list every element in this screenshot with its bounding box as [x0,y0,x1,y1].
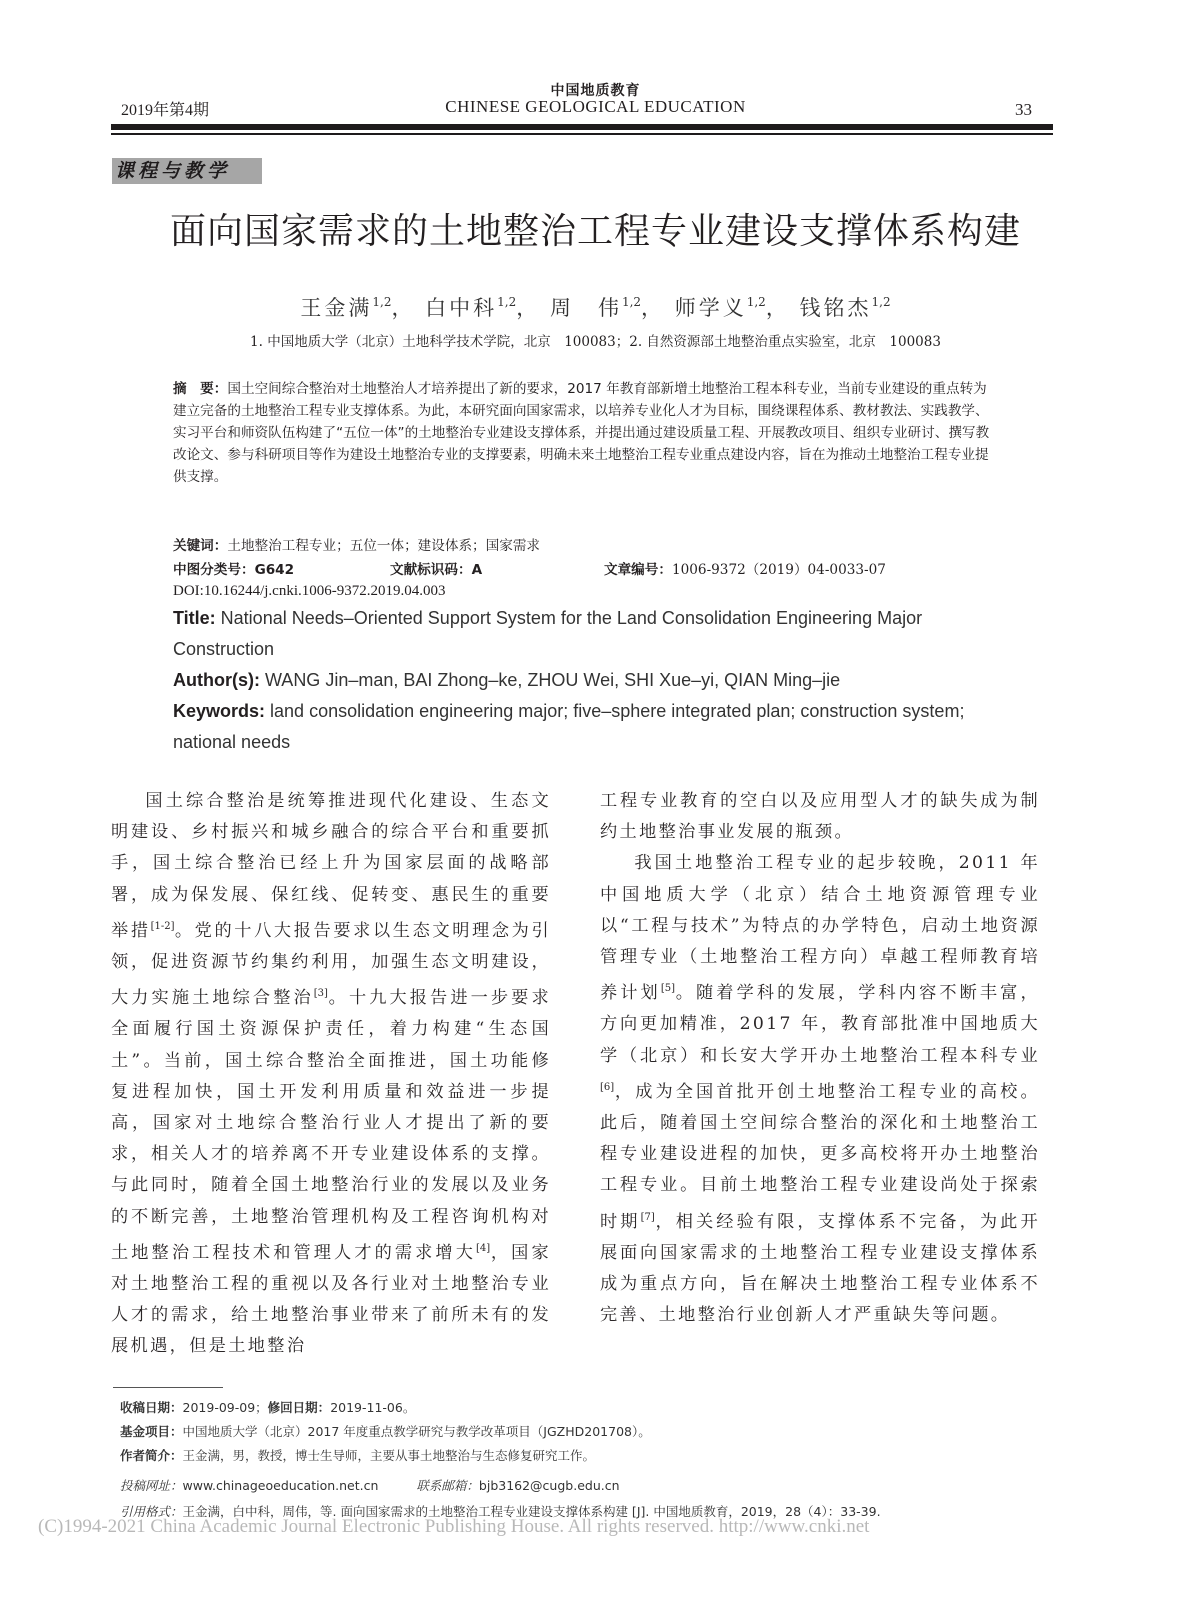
bio-label: 作者简介： [120,1448,183,1463]
email-link[interactable]: bjb3162@cugb.edu.cn [479,1478,620,1493]
citation-ref[interactable]: [7] [641,1212,655,1223]
affiliations: 1. 中国地质大学（北京）土地科学技术学院，北京 100083；2. 自然资源部… [0,330,1191,350]
author-affiliation: 1,2 [747,295,766,309]
received-label: 收稿日期： [120,1400,183,1415]
english-keywords-label: Keywords: [173,701,265,721]
body-column-left: 国土综合整治是统筹推进现代化建设、生态文明建设、乡村振兴和城乡融合的综合平台和重… [111,786,551,1363]
doi[interactable]: DOI:10.16244/j.cnki.1006-9372.2019.04.00… [173,583,445,600]
body-text: 我国土地整治工程专业的起步较晚，2011 年中国地质大学（北京）结合土地资源管理… [600,853,1040,1003]
english-authors-text: WANG Jin–man, BAI Zhong–ke, ZHOU Wei, SH… [260,670,840,690]
keywords-cn-text: 土地整治工程专业；五位一体；建设体系；国家需求 [227,538,540,554]
article-title: 面向国家需求的土地整治工程专业建设支撑体系构建 [0,203,1191,254]
body-text: 。十九大报告进一步要求全面履行国土资源保护责任，着力构建“生态国土”。当前，国土… [111,988,551,1263]
doc-code-label: 文献标识码： [390,562,472,578]
classification-line: 中图分类号：G642 [173,558,294,578]
english-keywords-text: land consolidation engineering major; fi… [173,701,964,752]
author-name: 师学义 [675,296,747,320]
english-title-text: National Needs–Oriented Support System f… [173,608,922,659]
author-affiliation: 1,2 [622,295,641,309]
doc-code-line: 文献标识码：A [390,558,482,578]
clc-value: G642 [255,562,295,578]
bio-text: 王金满，男，教授，博士生导师，主要从事土地整治与生态修复研究工作。 [183,1448,596,1463]
journal-name-en: CHINESE GEOLOGICAL EDUCATION [0,97,1191,117]
keywords-cn: 关键词：土地整治工程专业；五位一体；建设体系；国家需求 [173,534,540,554]
citation-ref[interactable]: [4] [476,1243,490,1254]
author-affiliation: 1,2 [497,295,516,309]
article-number-value: 1006-9372（2019）04-0033-07 [672,562,886,578]
body-text: 国土综合整治是统筹推进现代化建设、生态文明建设、乡村振兴和城乡融合的综合平台和重… [111,791,551,941]
author-name: 王金满 [300,296,372,320]
abstract: 摘 要：国土空间综合整治对土地整治人才培养提出了新的要求，2017 年教育部新增… [173,378,993,488]
abstract-text: 国土空间综合整治对土地整治人才培养提出了新的要求，2017 年教育部新增土地整治… [173,381,989,485]
citation-ref[interactable]: [6] [600,1082,614,1093]
footnote-bio: 作者简介：王金满，男，教授，博士生导师，主要从事土地整治与生态修复研究工作。 [120,1446,595,1464]
page-number: 33 [1015,100,1032,120]
author-name: 钱铭杰 [800,296,872,320]
body-text: 。随着学科的发展，学科内容不断丰富，方向更加精准，2017 年，教育部批准中国地… [600,983,1040,1065]
author-name: 周 伟 [550,296,622,320]
fund-text: 中国地质大学（北京）2017 年度重点教学研究与教学改革项目（JGZHD2017… [183,1424,651,1439]
body-text: ，成为全国首批开创土地整治工程专业的高校。此后，随着国土空间综合整治的深化和土地… [600,1082,1040,1232]
citation-ref[interactable]: [5] [661,983,675,994]
article-number-label: 文章编号： [604,562,672,578]
citation-ref[interactable]: [1-2] [151,921,175,932]
site-link[interactable]: www.chinageoeducation.net.cn [183,1478,379,1493]
received-date: 2019-09-09； [183,1400,268,1415]
header-rule-thick [111,124,1053,130]
doc-code-value: A [472,562,483,578]
clc-label: 中图分类号： [173,562,255,578]
english-authors-label: Author(s): [173,670,260,690]
english-authors: Author(s): WANG Jin–man, BAI Zhong–ke, Z… [173,665,993,696]
fund-label: 基金项目： [120,1424,183,1439]
footnote-divider [113,1387,223,1388]
english-title-label: Title: [173,608,216,628]
body-paragraph: 我国土地整治工程专业的起步较晚，2011 年中国地质大学（北京）结合土地资源管理… [600,848,1040,1331]
author-list: 王金满1,2， 白中科1,2， 周 伟1,2， 师学义1,2， 钱铭杰1,2 [0,292,1191,322]
revised-date: 2019-11-06。 [330,1400,415,1415]
english-title: Title: National Needs–Oriented Support S… [173,603,993,665]
revised-label: 修回日期： [268,1400,331,1415]
footnote-dates: 收稿日期：2019-09-09；修回日期：2019-11-06。 [120,1398,415,1416]
keywords-cn-label: 关键词： [173,538,227,554]
body-column-right: 工程专业教育的空白以及应用型人才的缺失成为制约土地整治事业发展的瓶颈。 我国土地… [600,786,1040,1331]
author-affiliation: 1,2 [872,295,891,309]
copyright-watermark: (C)1994-2021 China Academic Journal Elec… [38,1516,869,1538]
email-label: 联系邮箱： [416,1478,479,1493]
footnote-contact: 投稿网址：www.chinageoeducation.net.cn 联系邮箱：b… [120,1476,620,1494]
header-rule-thin [111,133,1053,135]
body-text: ，相关经验有限，支撑体系不完备，为此开展面向国家需求的土地整治工程专业建设支撑体… [600,1212,1040,1326]
body-paragraph: 工程专业教育的空白以及应用型人才的缺失成为制约土地整治事业发展的瓶颈。 [600,786,1040,848]
english-keywords: Keywords: land consolidation engineering… [173,696,993,758]
citation-ref[interactable]: [3] [314,988,328,999]
section-tag: 课程与教学 [112,158,262,184]
body-paragraph: 国土综合整治是统筹推进现代化建设、生态文明建设、乡村振兴和城乡融合的综合平台和重… [111,786,551,1363]
author-affiliation: 1,2 [372,295,391,309]
article-number-line: 文章编号：1006-9372（2019）04-0033-07 [604,558,886,578]
site-label: 投稿网址： [120,1478,183,1493]
abstract-label: 摘 要： [173,381,227,397]
footnote-fund: 基金项目：中国地质大学（北京）2017 年度重点教学研究与教学改革项目（JGZH… [120,1422,651,1440]
author-name: 白中科 [425,296,497,320]
